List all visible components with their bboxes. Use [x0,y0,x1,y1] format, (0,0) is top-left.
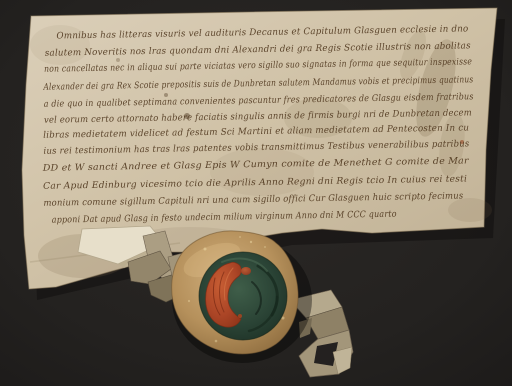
photo-canvas: Omnibus has litteras visuris vel auditur… [0,0,512,386]
charter-photograph: Omnibus has litteras visuris vel auditur… [0,0,512,386]
